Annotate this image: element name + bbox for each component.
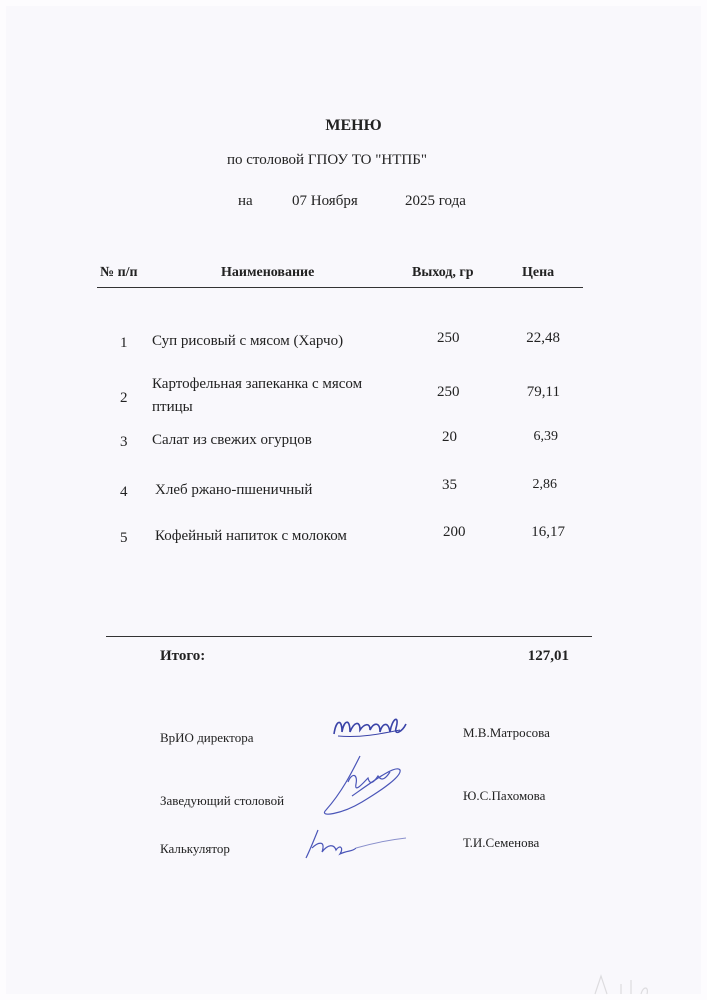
handwritten-signature-icon: [312, 752, 412, 822]
row-price: 6,39: [534, 428, 559, 446]
total-label: Итого:: [160, 648, 205, 665]
row-number: 1: [120, 334, 128, 352]
handwritten-signature-icon: [330, 710, 410, 742]
total-divider: [106, 636, 592, 637]
signature-role: Заведующий столовой: [160, 793, 284, 809]
row-yield: 250: [437, 383, 460, 401]
total-value: 127,01: [528, 648, 569, 665]
row-name: Салат из свежих огурцов: [152, 431, 312, 449]
signature-name: Ю.С.Пахомова: [463, 788, 545, 804]
row-yield: 35: [442, 476, 457, 494]
row-number: 4: [120, 483, 128, 501]
document-title: МЕНЮ: [0, 117, 707, 135]
row-number: 2: [120, 389, 128, 407]
row-number: 3: [120, 433, 128, 451]
row-yield: 250: [437, 329, 460, 347]
signature-name: Т.И.Семенова: [463, 835, 539, 851]
row-name: Картофельная запеканка с мясом: [152, 375, 362, 393]
column-header-number: № п/п: [100, 265, 138, 281]
row-price: 22,48: [526, 329, 560, 347]
handwritten-signature-icon: [300, 826, 410, 862]
column-header-price: Цена: [522, 265, 554, 281]
row-price: 2,86: [533, 476, 558, 494]
document-subtitle: по столовой ГПОУ ТО "НТПБ": [227, 152, 427, 169]
row-name: Кофейный напиток с молоком: [155, 527, 347, 545]
row-yield: 20: [442, 428, 457, 446]
row-yield: 200: [443, 523, 466, 541]
column-header-name: Наименование: [221, 265, 314, 281]
column-header-yield: Выход, гр: [412, 265, 474, 281]
header-divider: [97, 287, 583, 288]
row-number: 5: [120, 529, 128, 547]
signature-role: ВрИО директора: [160, 730, 253, 746]
date-year: 2025 года: [405, 193, 466, 210]
row-name: Суп рисовый с мясом (Харчо): [152, 332, 343, 350]
row-name: Хлеб ржано-пшеничный: [155, 481, 312, 499]
signature-role: Калькулятор: [160, 841, 230, 857]
signature-name: М.В.Матросова: [463, 725, 550, 741]
row-price: 16,17: [531, 523, 565, 541]
date-day-month: 07 Ноября: [292, 193, 358, 210]
row-name-continuation: птицы: [152, 398, 193, 416]
row-price: 79,11: [527, 383, 560, 401]
bleed-through-marks-icon: [585, 970, 665, 995]
date-prefix: на: [238, 193, 253, 210]
